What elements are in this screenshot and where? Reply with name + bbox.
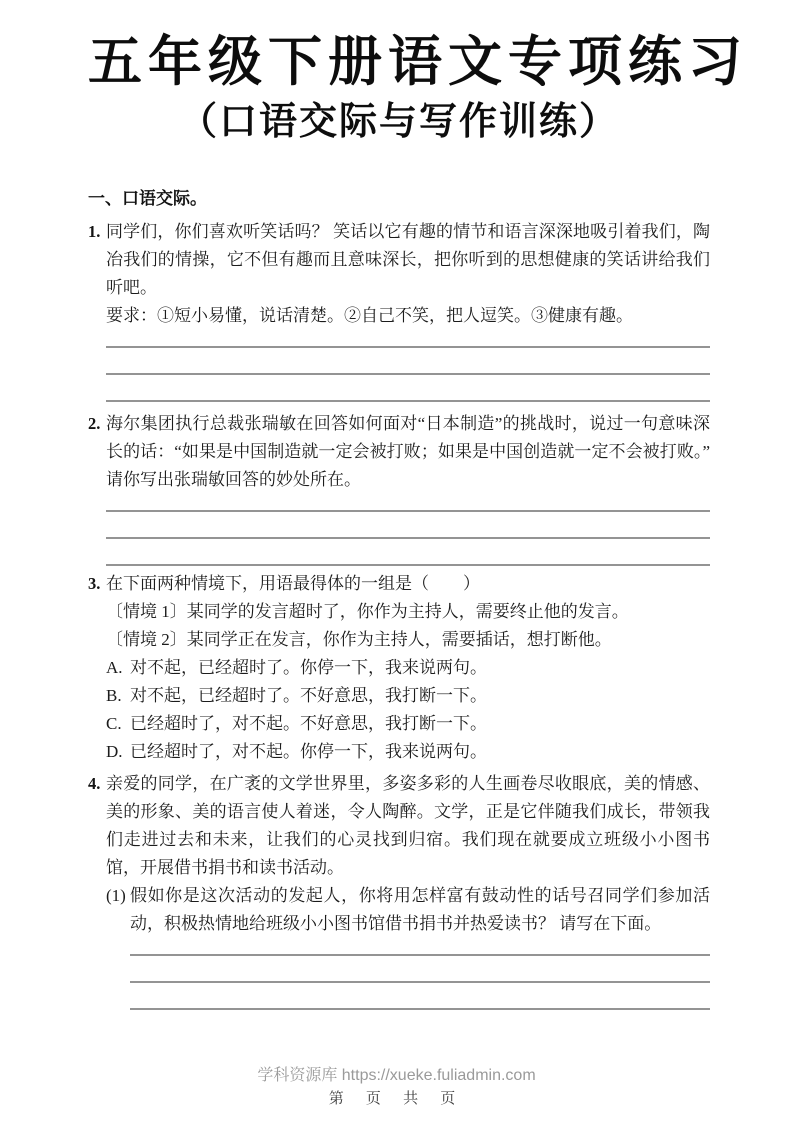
question-4: 4. 亲爱的同学，在广袤的文学世界里，多姿多彩的人生画卷尽收眼底，美的情感、美的…	[88, 770, 710, 1010]
option-text: 对不起，已经超时了。不好意思，我打断一下。	[130, 682, 710, 710]
question-4-sub-1: (1) 假如你是这次活动的发起人，你将用怎样富有鼓动性的话号召同学们参加活动，积…	[106, 882, 710, 1010]
question-2-answer-lines	[106, 496, 710, 566]
page-subtitle: （口语交际与写作训练）	[88, 102, 710, 142]
question-4-text: 亲爱的同学，在广袤的文学世界里，多姿多彩的人生画卷尽收眼底，美的情感、美的形象、…	[106, 770, 710, 882]
question-3-number: 3.	[88, 570, 106, 598]
question-2-text: 海尔集团执行总裁张瑞敏在回答如何面对“日本制造”的挑战时，说过一句意味深长的话：…	[106, 410, 710, 494]
question-2: 2. 海尔集团执行总裁张瑞敏在回答如何面对“日本制造”的挑战时，说过一句意味深长…	[88, 410, 710, 566]
section-heading: 一、口语交际。	[88, 188, 710, 210]
question-1: 1. 同学们，你们喜欢听笑话吗？ 笑话以它有趣的情节和语言深深地吸引着我们，陶冶…	[88, 218, 710, 402]
footer-source-watermark: 学科资源库 https://xueke.fuliadmin.com	[0, 1065, 793, 1087]
option-label: C.	[106, 710, 130, 738]
answer-line	[130, 983, 710, 1010]
question-3-option-b: B. 对不起，已经超时了。不好意思，我打断一下。	[106, 682, 710, 710]
question-1-answer-lines	[106, 332, 710, 402]
question-2-number: 2.	[88, 410, 106, 438]
question-3: 3. 在下面两种情境下，用语最得体的一组是（ ） 〔情境 1〕某同学的发言超时了…	[88, 570, 710, 766]
question-1-text: 同学们，你们喜欢听笑话吗？ 笑话以它有趣的情节和语言深深地吸引着我们，陶冶我们的…	[106, 218, 710, 302]
subquestion-text: 假如你是这次活动的发起人，你将用怎样富有鼓动性的话号召同学们参加活动，积极热情地…	[130, 882, 710, 938]
option-label: A.	[106, 654, 130, 682]
question-3-context-1: 〔情境 1〕某同学的发言超时了，你作为主持人，需要终止他的发言。	[106, 598, 710, 626]
answer-line	[106, 375, 710, 402]
question-3-context-2: 〔情境 2〕某同学正在发言，你作为主持人，需要插话，想打断他。	[106, 626, 710, 654]
subquestion-label: (1)	[106, 882, 130, 1010]
answer-line	[106, 332, 710, 348]
option-label: D.	[106, 738, 130, 766]
question-1-number: 1.	[88, 218, 106, 246]
question-3-option-c: C. 已经超时了，对不起。不好意思，我打断一下。	[106, 710, 710, 738]
question-3-option-d: D. 已经超时了，对不起。你停一下，我来说两句。	[106, 738, 710, 766]
question-1-requirement: 要求：①短小易懂，说话清楚。②自己不笑，把人逗笑。③健康有趣。	[106, 302, 710, 330]
question-4-answer-lines	[130, 940, 710, 1010]
footer-page-info: 第 页 共 页	[0, 1088, 793, 1110]
question-4-number: 4.	[88, 770, 106, 798]
worksheet-page: 五年级下册语文专项练习 （口语交际与写作训练） 一、口语交际。 1. 同学们，你…	[0, 0, 793, 1122]
page-title: 五年级下册语文专项练习	[88, 34, 710, 90]
question-3-option-a: A. 对不起，已经超时了。你停一下，我来说两句。	[106, 654, 710, 682]
option-text: 对不起，已经超时了。你停一下，我来说两句。	[130, 654, 710, 682]
answer-line	[130, 940, 710, 956]
answer-line	[106, 496, 710, 512]
question-3-stem: 在下面两种情境下，用语最得体的一组是（ ）	[106, 570, 710, 598]
option-text: 已经超时了，对不起。你停一下，我来说两句。	[130, 738, 710, 766]
option-label: B.	[106, 682, 130, 710]
answer-line	[130, 956, 710, 983]
option-text: 已经超时了，对不起。不好意思，我打断一下。	[130, 710, 710, 738]
answer-line	[106, 512, 710, 539]
page-footer: 学科资源库 https://xueke.fuliadmin.com 第 页 共 …	[0, 1065, 793, 1110]
answer-line	[106, 348, 710, 375]
answer-line	[106, 539, 710, 566]
